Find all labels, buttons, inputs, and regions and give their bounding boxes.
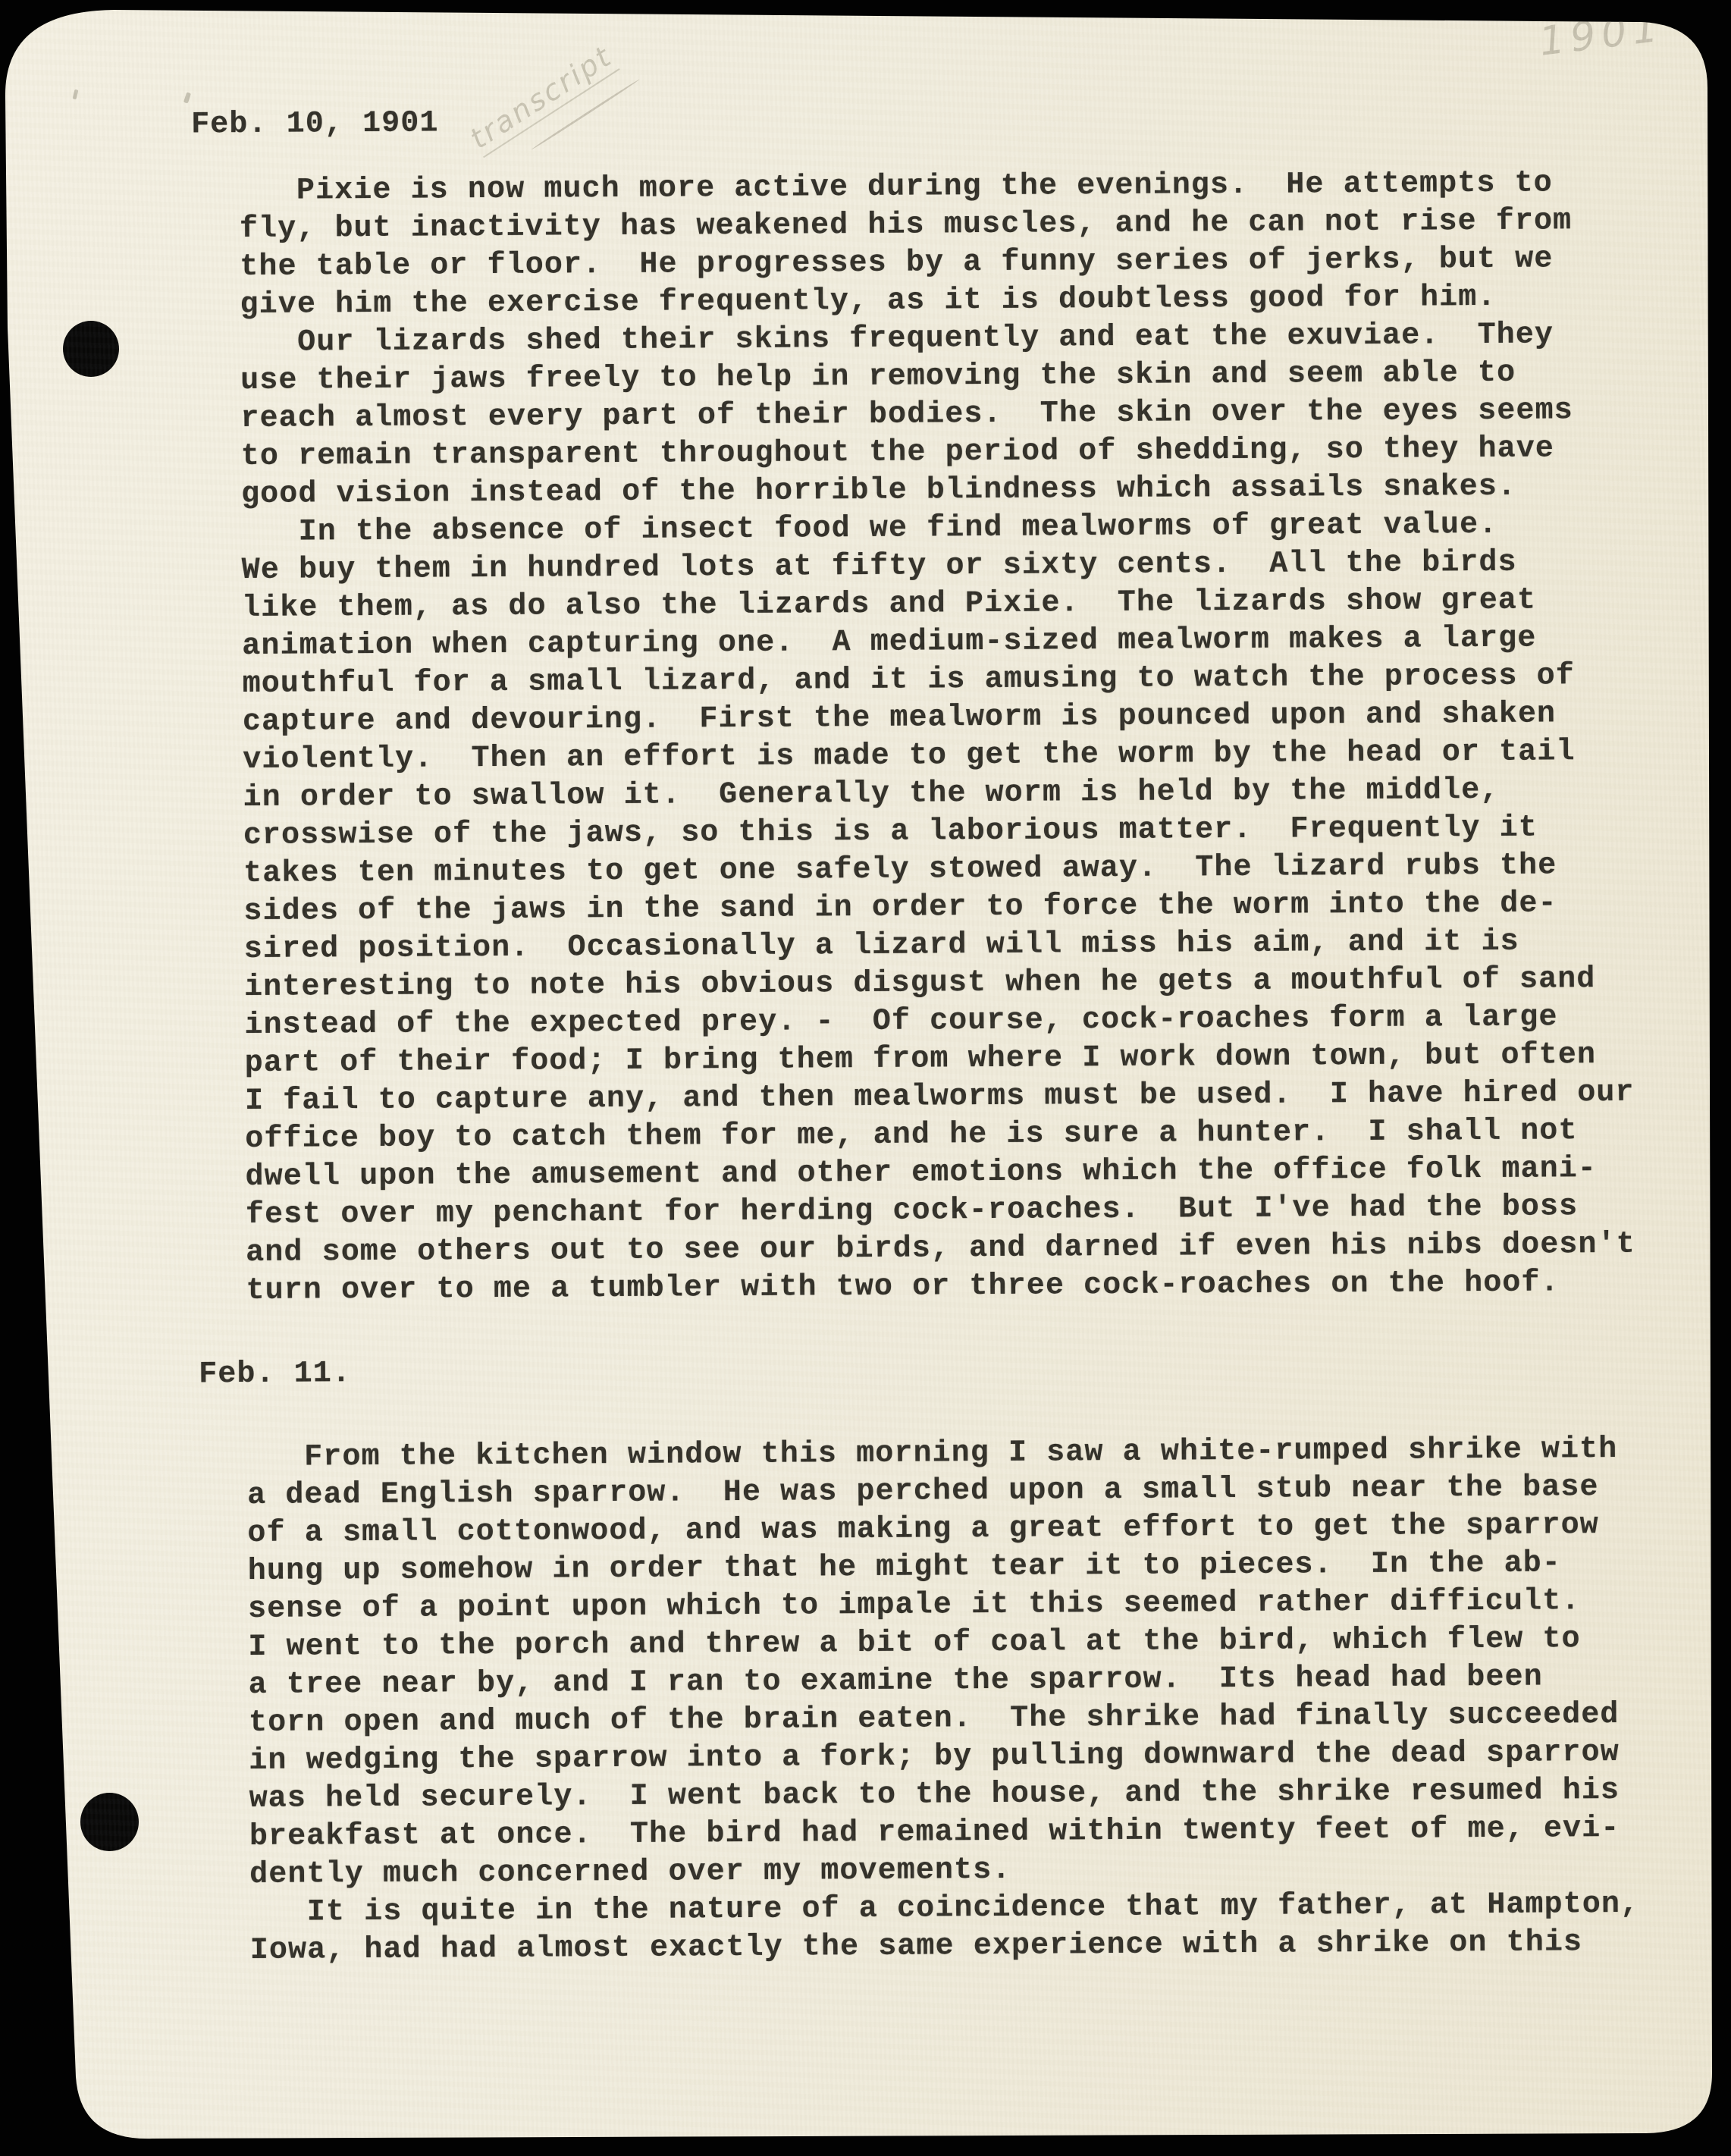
paper-sheet: 1901 transcript Feb. 10, 1901 Pixie is n… — [0, 0, 1731, 2156]
paragraph: Pixie is now much more active during the… — [240, 164, 1696, 325]
paragraph: It is quite in the nature of a coinciden… — [249, 1885, 1706, 1970]
entry-date-heading: Feb. 11. — [199, 1347, 1702, 1394]
paragraph: In the absence of insect food we find me… — [241, 505, 1701, 1310]
punch-hole-top — [63, 321, 119, 377]
typewritten-line: Iowa, had had almost exactly the same ex… — [250, 1923, 1706, 1970]
typewritten-text-block: Feb. 10, 1901 Pixie is now much more act… — [239, 97, 1706, 1970]
paragraph: From the kitchen window this morning I s… — [247, 1430, 1706, 1894]
entry-date-heading: Feb. 10, 1901 — [191, 97, 1695, 144]
paragraph: Our lizards shed their skins frequently … — [240, 315, 1697, 514]
pencil-year-annotation: 1901 — [1537, 5, 1666, 65]
pencil-speck — [183, 92, 191, 103]
pencil-speck — [73, 89, 79, 100]
punch-hole-bottom — [80, 1793, 139, 1851]
typewritten-line: turn over to me a tumbler with two or th… — [246, 1263, 1701, 1310]
